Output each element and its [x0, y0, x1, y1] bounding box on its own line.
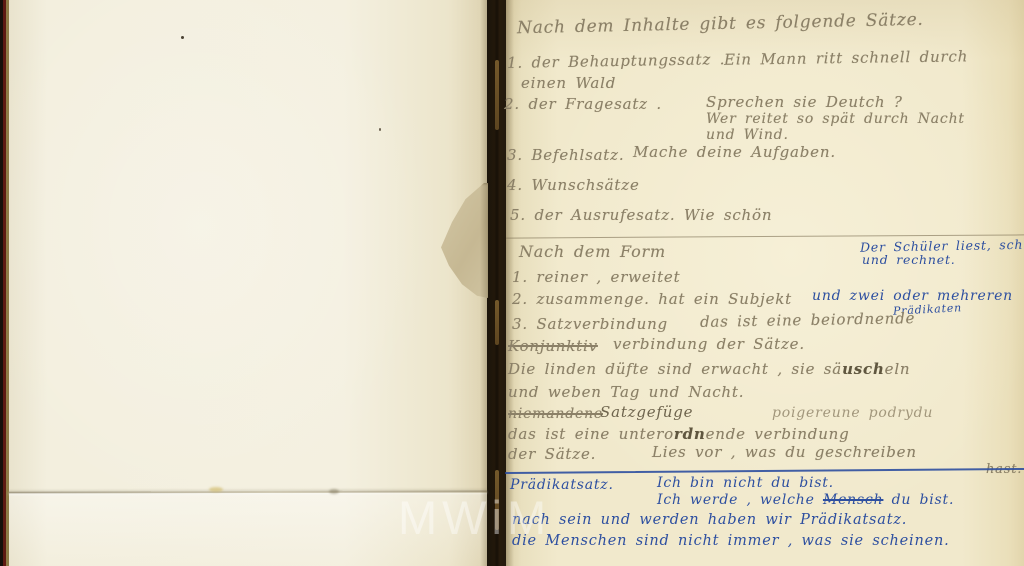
- unterordnend-line: das ist eine unterordnende verbindung: [508, 425, 850, 443]
- paper-speck: [379, 128, 381, 131]
- ink-line2: Ich werde , welche Mensch du bist.: [657, 492, 954, 508]
- struck-word2-row: niemandene: [508, 406, 603, 422]
- paper-stain: [329, 489, 339, 494]
- item3-label: 3. Befehlsatz.: [507, 146, 624, 164]
- verbindung-der-saetze: verbindung der Sätze.: [613, 335, 805, 353]
- linden-line2: und weben Tag und Nacht.: [508, 383, 744, 401]
- item5-label: 5. der Ausrufesatz. Wie schön: [510, 206, 772, 224]
- paper-speck: [181, 36, 184, 39]
- book-spine-gutter: [480, 0, 514, 566]
- paper-stain: [209, 487, 223, 492]
- ink-line1: Ich bin nicht du bist.: [657, 475, 834, 491]
- side-note-word: poigereune podrydu: [772, 405, 933, 421]
- spine-highlight: [495, 60, 499, 130]
- form-item3-rest: das ist eine beiordnende: [700, 309, 916, 331]
- bold-correction: usch: [842, 360, 885, 378]
- struck-word2: niemandene: [508, 406, 603, 422]
- item2-example3: und Wind.: [706, 127, 789, 143]
- item1-label: 1. der Behauptungssatz .: [507, 50, 726, 72]
- item3-example: Mache deine Aufgaben.: [633, 143, 836, 161]
- item2-label: 2. der Fragesatz .: [504, 95, 662, 113]
- form-item2-ink: und zwei oder mehreren: [812, 288, 1013, 304]
- watermark-text: MWiM: [398, 490, 551, 545]
- item4-label: 4. Wunschsätze: [507, 176, 640, 194]
- left-page: [9, 0, 487, 566]
- satzgefuege-word: Satzgefüge: [600, 403, 693, 421]
- struck-word-row: Konjunktiv: [508, 337, 598, 355]
- item1-example2: einen Wald: [521, 74, 616, 92]
- heading-form: Nach dem Form: [519, 242, 666, 261]
- lies-vor-line: Lies vor , was du geschreiben: [652, 443, 917, 461]
- struck-word-konjunktiv: Konjunktiv: [508, 337, 598, 355]
- spine-highlight: [495, 300, 499, 345]
- ink-line3: nach sein und werden haben wir Prädikats…: [512, 512, 907, 528]
- form-item2-pencil: 2. zusammenge. hat ein Subjekt: [512, 290, 792, 308]
- bold-correction: rdn: [674, 425, 706, 443]
- notebook-photo: Nach dem Inhalte gibt es folgende Sätze.…: [0, 0, 1024, 566]
- linden-line1: Die linden düfte sind erwacht , sie säus…: [508, 360, 910, 378]
- ink-struck-word: Mensch: [823, 492, 883, 508]
- item2-example2: Wer reitet so spät durch Nacht: [706, 111, 965, 127]
- form-item1: 1. reiner , erweitet: [512, 268, 680, 286]
- item2-example1: Sprechen sie Deutch ?: [706, 93, 903, 111]
- ink-note-line2: und rechnet.: [862, 252, 956, 267]
- der-saetze-line: der Sätze.: [508, 445, 596, 463]
- form-item3-label: 3. Satzverbindung: [512, 315, 668, 333]
- item1-example1: Ein Mann ritt schnell durch: [724, 47, 968, 68]
- ink-line4: die Menschen sind nicht immer , was sie …: [512, 533, 950, 549]
